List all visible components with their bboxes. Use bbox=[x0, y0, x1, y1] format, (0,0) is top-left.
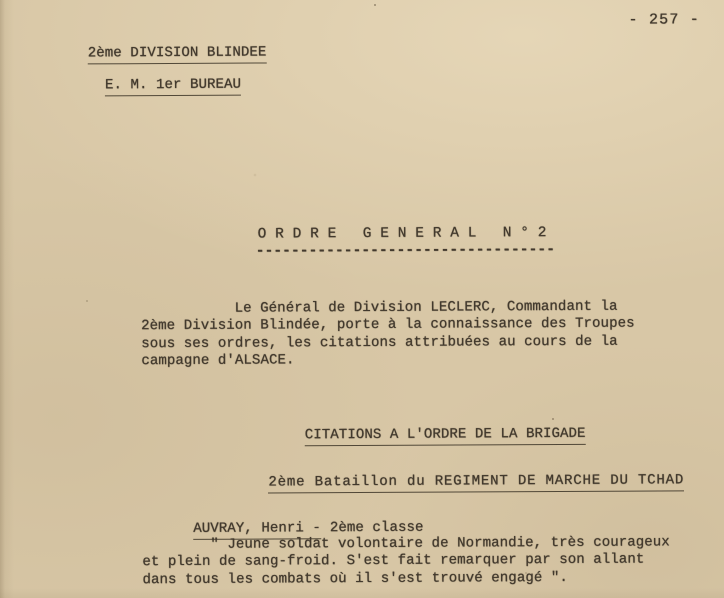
page-content: - 257 - 2ème DIVISION BLINDEE E. M. 1er … bbox=[0, 0, 724, 598]
intro-paragraph: Le Général de Division LECLERC, Commanda… bbox=[141, 299, 635, 371]
bureau-header: E. M. 1er BUREAU bbox=[54, 60, 241, 113]
citations-section-heading-text: CITATIONS A L'ORDRE DE LA BRIGADE bbox=[305, 426, 586, 446]
unit-heading: 2ème Bataillon du REGIMENT DE MARCHE DU … bbox=[213, 455, 684, 510]
bureau-header-text: E. M. 1er BUREAU bbox=[105, 77, 241, 97]
order-title: O R D R E G E N E R A L N ° 2 bbox=[258, 225, 547, 244]
soldier-rank: 2ème classe bbox=[330, 520, 424, 536]
scanned-document-page: - 257 - 2ème DIVISION BLINDEE E. M. 1er … bbox=[0, 0, 724, 598]
order-title-underline: ---------------------------------- bbox=[256, 242, 555, 261]
unit-heading-text: 2ème Bataillon du REGIMENT DE MARCHE DU … bbox=[268, 473, 684, 494]
citations-section-heading: CITATIONS A L'ORDRE DE LA BRIGADE bbox=[254, 409, 586, 463]
citation-text: " Jeune soldat volontaire de Normandie, … bbox=[142, 534, 670, 589]
page-number: - 257 - bbox=[628, 11, 700, 29]
